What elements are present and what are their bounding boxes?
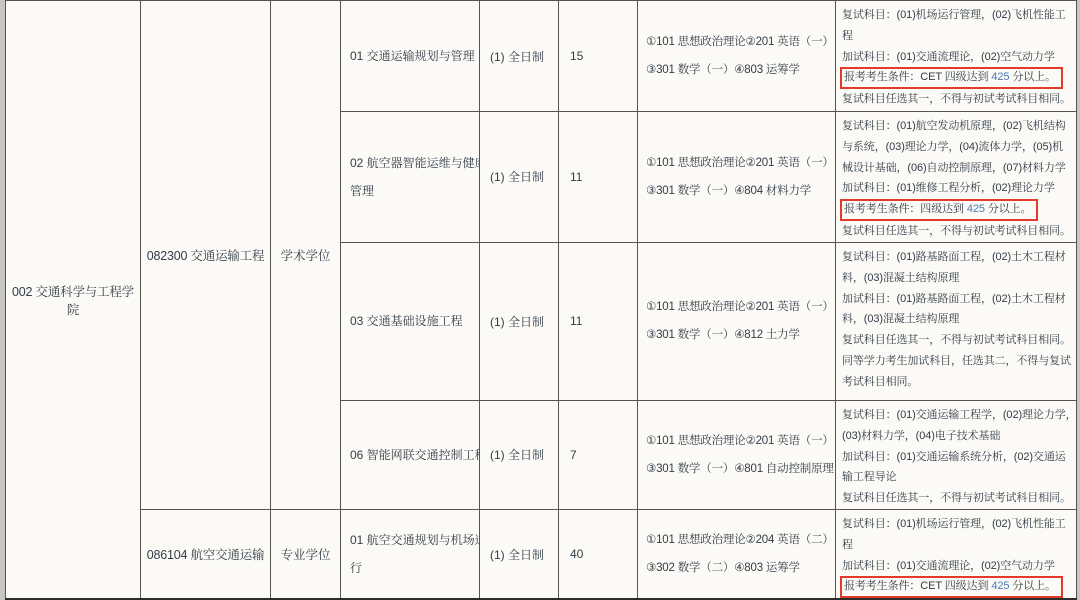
- direction-text: 03 交通基础设施工程: [350, 307, 476, 335]
- remark-line: 考试科目相同。: [842, 372, 1073, 393]
- quota-cell: 40: [559, 509, 638, 599]
- quota-cell: 11: [559, 112, 638, 243]
- program-cell: 086104 航空交通运输: [141, 509, 271, 599]
- direction-cell: 06 智能网联交通控制工程: [341, 400, 480, 509]
- direction-cell: 01 交通运输规划与管理: [341, 1, 480, 112]
- subjects-cell: ①101 思想政治理论②204 英语（二） ③302 数学（二）④803 运筹学: [638, 509, 836, 599]
- remark-line: 程: [842, 26, 1073, 47]
- remark-line: 加试科目：(01)交通运输系统分析，(02)交通运: [842, 447, 1073, 468]
- direction-cell: 01 航空交通规划与机场运 行: [341, 509, 480, 599]
- study-mode-cell: (1) 全日制: [480, 242, 559, 400]
- admissions-table: 002 交通科学与工程学院 082300 交通运输工程 学术学位 01 交通运输…: [5, 0, 1077, 600]
- subjects-cell: ①101 思想政治理论②201 英语（一） ③301 数学（一）④803 运筹学: [638, 1, 836, 112]
- remark-line: 复试科目任选其一，不得与初试考试科目相同。: [842, 488, 1073, 509]
- direction-text: 01 交通运输规划与管理: [350, 42, 476, 70]
- direction-text: 01 航空交通规划与机场运: [350, 526, 476, 554]
- remark-line-requirement: 报考考生条件：四级达到 425 分以上。: [842, 199, 1073, 221]
- study-mode-cell: (1) 全日制: [480, 400, 559, 509]
- direction-text: 02 航空器智能运维与健康: [350, 149, 476, 177]
- subjects-line: ①101 思想政治理论②201 英语（一）: [646, 293, 835, 321]
- subjects-line: ③301 数学（一）④803 运筹学: [646, 56, 835, 84]
- subjects-cell: ①101 思想政治理论②201 英语（一） ③301 数学（一）④801 自动控…: [638, 400, 836, 509]
- requirement-red-box: 报考考生条件：四级达到 425 分以上。: [840, 199, 1038, 221]
- subjects-line: ①101 思想政治理论②201 英语（一）: [646, 28, 835, 56]
- subjects-cell: ①101 思想政治理论②201 英语（一） ③301 数学（一）④804 材料力…: [638, 112, 836, 243]
- remark-line-requirement: 报考考生条件：CET 四级达到 425 分以上。: [842, 67, 1073, 89]
- remark-line: 加试科目：(01)路基路面工程，(02)土木工程材: [842, 289, 1073, 310]
- score-value: 425: [967, 203, 985, 215]
- score-value: 425: [991, 580, 1009, 592]
- program-cell: 082300 交通运输工程: [141, 1, 271, 510]
- study-mode-cell: (1) 全日制: [480, 509, 559, 599]
- degree-type-cell: 学术学位: [271, 1, 341, 510]
- remark-line: 输工程导论: [842, 467, 1073, 488]
- study-mode-cell: (1) 全日制: [480, 112, 559, 243]
- college-cell: 002 交通科学与工程学院: [6, 1, 141, 600]
- remark-line: 复试科目任选其一，不得与初试考试科目相同。: [842, 89, 1073, 110]
- requirement-text: 报考考生条件：CET 四级达到: [844, 71, 991, 83]
- remark-line: 同等学力考生加试科目，任选其二，不得与复试: [842, 351, 1073, 372]
- document-page: 002 交通科学与工程学院 082300 交通运输工程 学术学位 01 交通运输…: [5, 0, 1076, 595]
- direction-text: 行: [350, 554, 476, 582]
- remarks-cell: 复试科目：(01)航空发动机原理，(02)飞机结构 与系统，(03)理论力学，(…: [836, 112, 1077, 243]
- remarks-cell: 复试科目：(01)路基路面工程，(02)土木工程材 料，(03)混凝土结构原理 …: [836, 242, 1077, 400]
- remarks-cell: 复试科目：(01)交通运输工程学，(02)理论力学， (03)材料力学，(04)…: [836, 400, 1077, 509]
- subjects-line: ③301 数学（一）④812 土力学: [646, 321, 835, 349]
- direction-cell: 02 航空器智能运维与健康 管理: [341, 112, 480, 243]
- quota-cell: 15: [559, 1, 638, 112]
- study-mode-cell: (1) 全日制: [480, 1, 559, 112]
- requirement-red-box: 报考考生条件：CET 四级达到 425 分以上。: [840, 576, 1063, 598]
- requirement-text: 分以上。: [1009, 71, 1056, 83]
- subjects-line: ①101 思想政治理论②204 英语（二）: [646, 526, 835, 554]
- remark-line: 复试科目：(01)路基路面工程，(02)土木工程材: [842, 247, 1073, 268]
- requirement-text: 报考考生条件：四级达到: [844, 203, 967, 215]
- remark-line: 复试科目：(01)航空发动机原理，(02)飞机结构: [842, 116, 1073, 137]
- remark-line: 械设计基础，(06)自动控制原理，(07)材料力学: [842, 158, 1073, 179]
- direction-cell: 03 交通基础设施工程: [341, 242, 480, 400]
- quota-cell: 7: [559, 400, 638, 509]
- remark-line: 复试科目：(01)机场运行管理，(02)飞机性能工: [842, 514, 1073, 535]
- remark-line: 复试科目任选其一，不得与初试考试科目相同。: [842, 330, 1073, 351]
- subjects-line: ③302 数学（二）④803 运筹学: [646, 554, 835, 582]
- remark-line: 与系统，(03)理论力学，(04)流体力学，(05)机: [842, 137, 1073, 158]
- remark-line: 料，(03)混凝土结构原理: [842, 268, 1073, 289]
- remark-line: 程: [842, 535, 1073, 556]
- score-value: 425: [991, 71, 1009, 83]
- remark-line: 复试科目：(01)机场运行管理，(02)飞机性能工: [842, 5, 1073, 26]
- remark-line: 料，(03)混凝土结构原理: [842, 309, 1073, 330]
- subjects-line: ①101 思想政治理论②201 英语（一）: [646, 427, 835, 455]
- requirement-red-box: 报考考生条件：CET 四级达到 425 分以上。: [840, 67, 1063, 89]
- degree-type-cell: 专业学位: [271, 509, 341, 599]
- remark-line: 加试科目：(01)交通流理论，(02)空气动力学: [842, 47, 1073, 68]
- subjects-line: ①101 思想政治理论②201 英语（一）: [646, 149, 835, 177]
- requirement-text: 报考考生条件：CET 四级达到: [844, 580, 991, 592]
- subjects-line: ③301 数学（一）④801 自动控制原理: [646, 455, 835, 483]
- requirement-text: 分以上。: [1009, 580, 1056, 592]
- remark-line: (03)材料力学，(04)电子技术基础: [842, 426, 1073, 447]
- subjects-cell: ①101 思想政治理论②201 英语（一） ③301 数学（一）④812 土力学: [638, 242, 836, 400]
- direction-text: 管理: [350, 177, 476, 205]
- requirement-text: 分以上。: [985, 203, 1032, 215]
- subjects-line: ③301 数学（一）④804 材料力学: [646, 177, 835, 205]
- remarks-cell: 复试科目：(01)机场运行管理，(02)飞机性能工 程 加试科目：(01)交通流…: [836, 509, 1077, 599]
- remark-line-requirement: 报考考生条件：CET 四级达到 425 分以上。: [842, 576, 1073, 598]
- quota-cell: 11: [559, 242, 638, 400]
- remark-line: 加试科目：(01)交通流理论，(02)空气动力学: [842, 556, 1073, 577]
- remarks-cell: 复试科目：(01)机场运行管理，(02)飞机性能工 程 加试科目：(01)交通流…: [836, 1, 1077, 112]
- remark-line: 加试科目：(01)维修工程分析，(02)理论力学: [842, 178, 1073, 199]
- remark-line: 复试科目：(01)交通运输工程学，(02)理论力学，: [842, 405, 1073, 426]
- remark-line: 复试科目任选其一，不得与初试考试科目相同。: [842, 221, 1073, 242]
- table-row: 086104 航空交通运输 专业学位 01 航空交通规划与机场运 行 (1) 全…: [6, 509, 1077, 599]
- direction-text: 06 智能网联交通控制工程: [350, 441, 476, 469]
- table-row: 002 交通科学与工程学院 082300 交通运输工程 学术学位 01 交通运输…: [6, 1, 1077, 112]
